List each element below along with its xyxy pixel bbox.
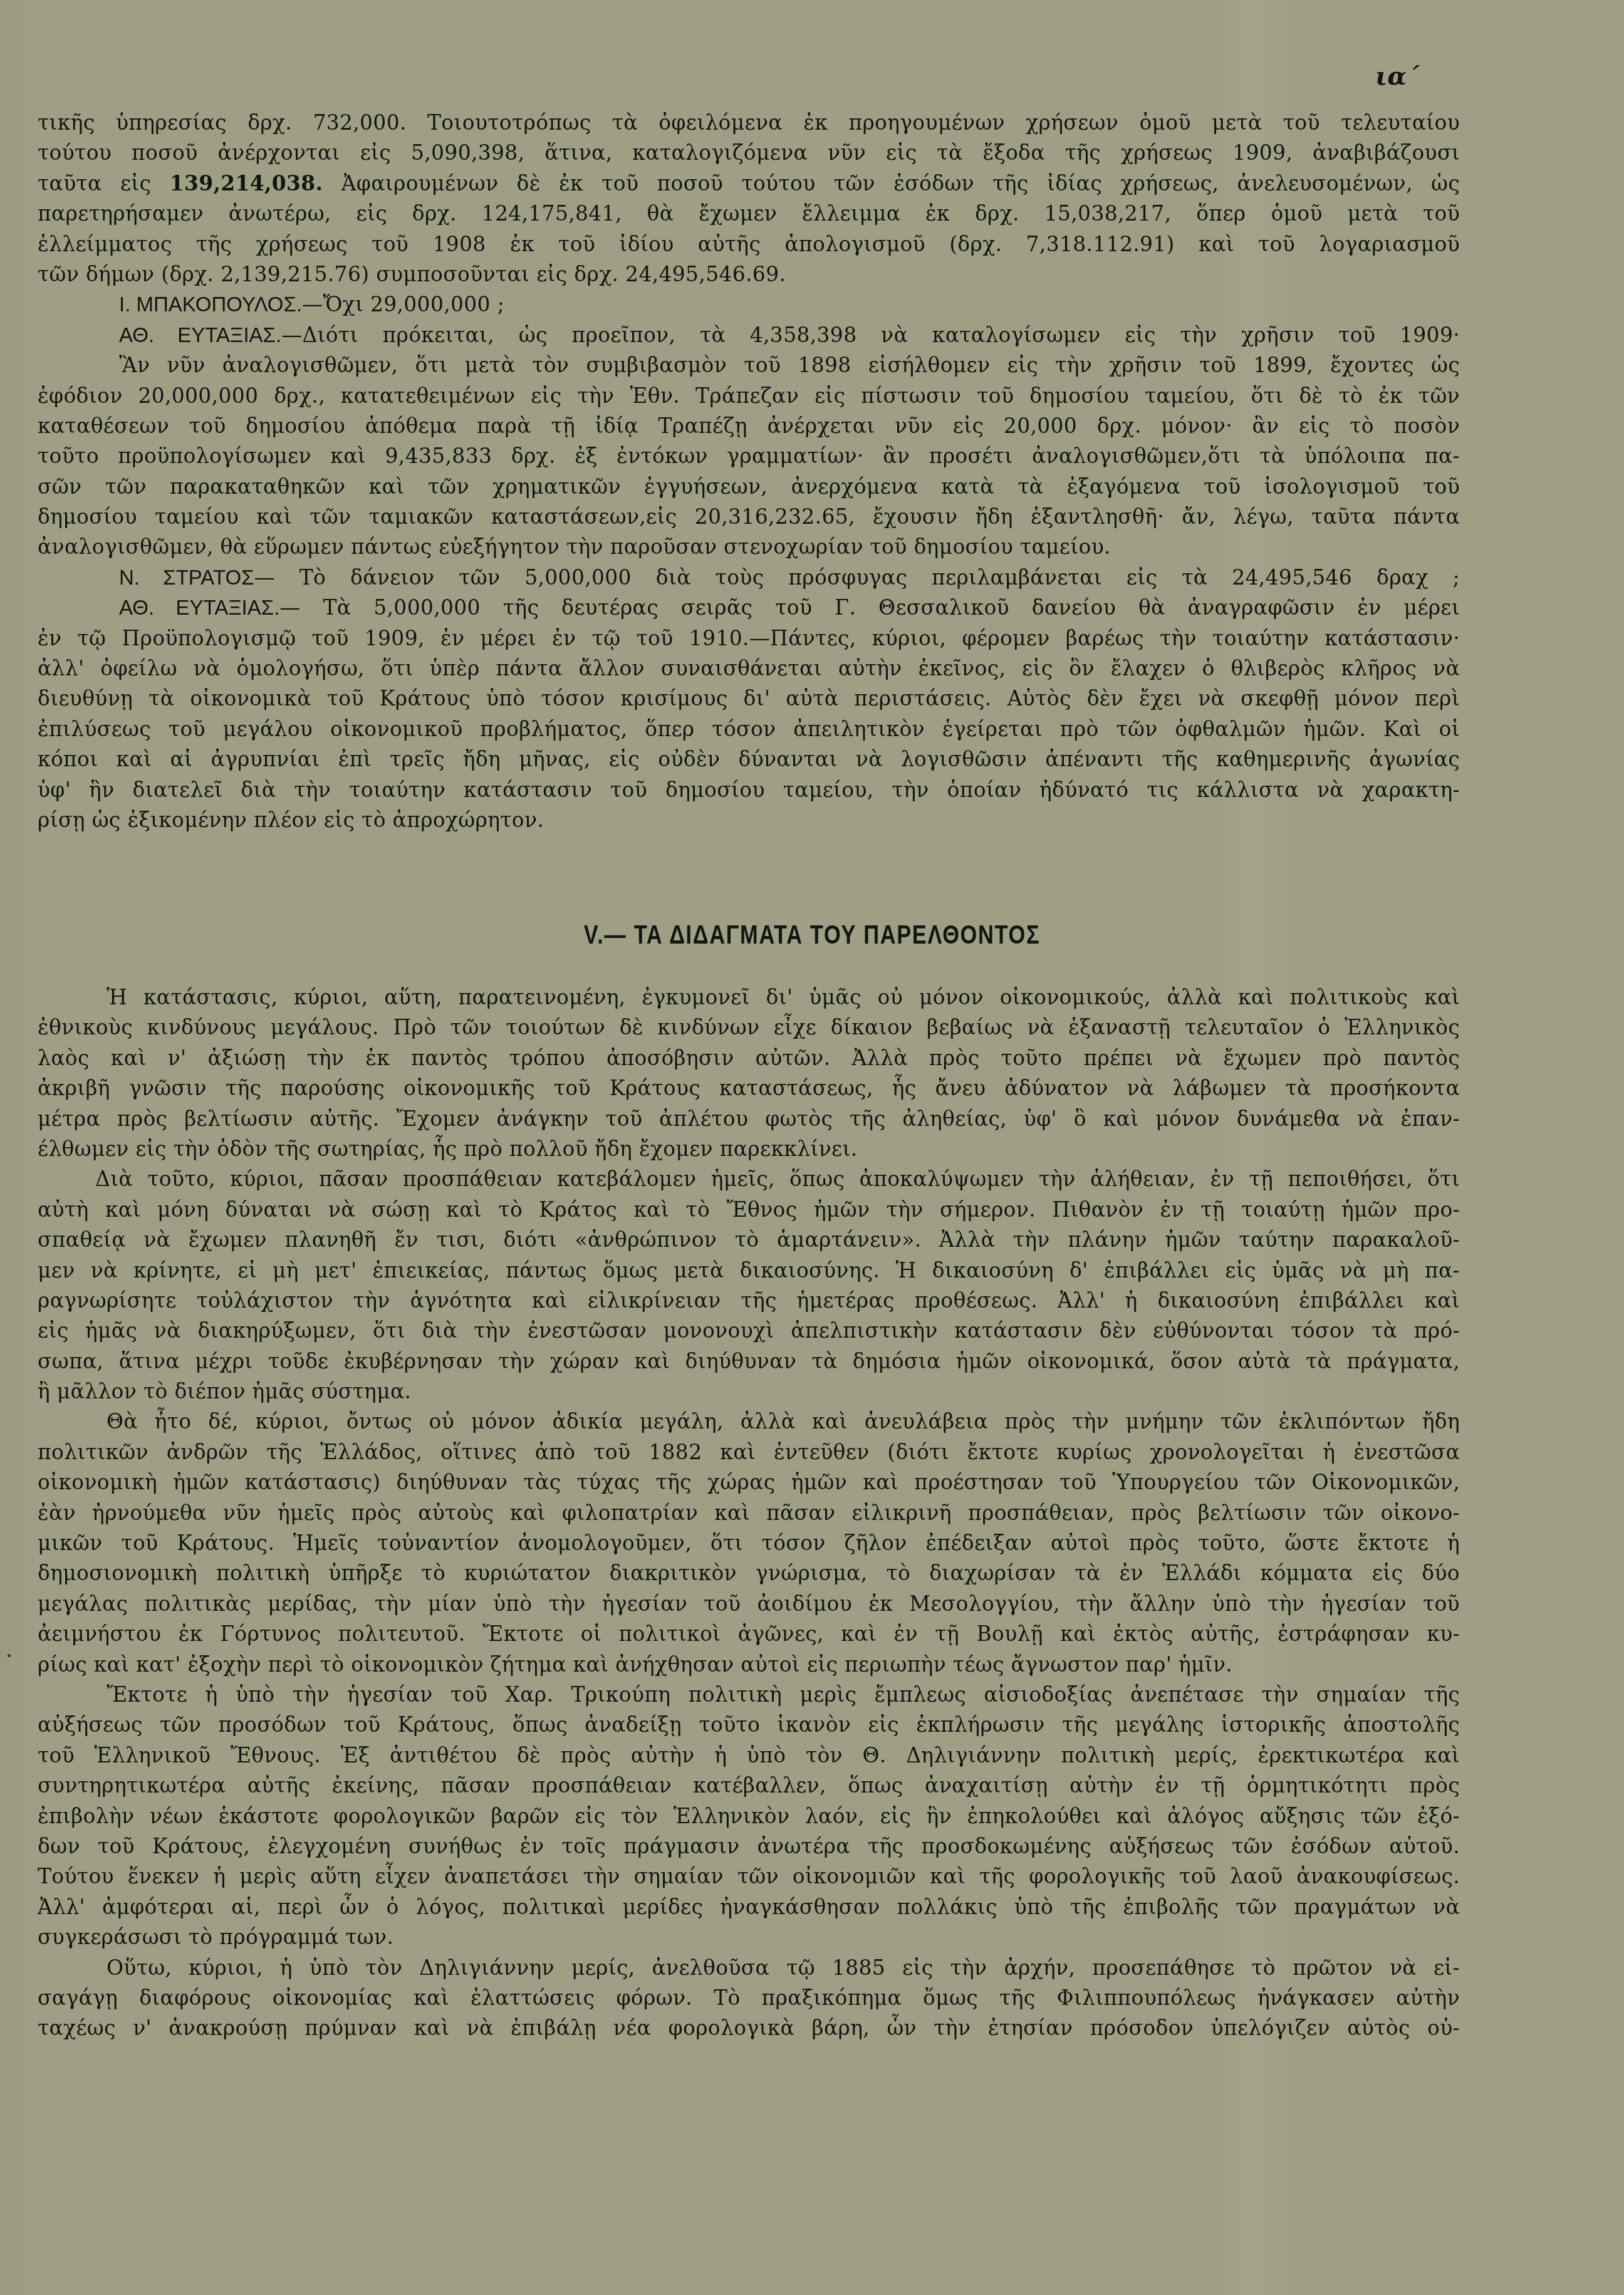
text-fragment: Ἀφαιρουμένων δὲ ἐκ τοῦ ποσοῦ τούτου τῶν …: [341, 171, 1460, 195]
text-line: παρετηρήσαμεν ἀνωτέρω, εἰς δρχ. 124,175,…: [38, 199, 1460, 229]
speaker-name: Ι. ΜΠΑΚΟΠΟΥΛΟΣ.: [119, 293, 302, 316]
paragraph: Ἡ κατάστασις, κύριοι, αὕτη, παρατεινομέν…: [38, 982, 1460, 1164]
text-line: ρίσῃ ὡς ἐξικομένην πλέον εἰς τὸ ἀπροχώρη…: [38, 805, 1460, 835]
text-line: Ἡ κατάστασις, κύριοι, αὕτη, παρατεινομέν…: [38, 982, 1460, 1012]
text-line: ρίως καὶ κατ' ἐξοχὴν περὶ τὸ οἰκονομικὸν…: [38, 1650, 1460, 1680]
text-line: οἰκονομικὴ ἡμῶν κατάστασις) διηύθυναν τὰ…: [38, 1467, 1460, 1497]
text-line: διευθύνῃ τὰ οἰκονομικὰ τοῦ Κράτους ὑπὸ τ…: [38, 684, 1460, 714]
text-line: καταθέσεων τοῦ δημοσίου ἀπόθεμα παρὰ τῇ …: [38, 411, 1460, 441]
text-line: ἐν τῷ Προϋπολογισμῷ τοῦ 1909, ἐν μέρει ἐ…: [38, 623, 1460, 653]
text-line: τικῆς ὑπηρεσίας δρχ. 732,000. Τοιουτοτρό…: [38, 108, 1460, 138]
text-line: σαγάγῃ διαφόρους οἰκονομίας καὶ ἐλαττώσε…: [38, 1983, 1460, 2013]
speaker-name: ΑΘ. ΕΥΤΑΞΙΑΣ.: [119, 323, 281, 346]
paragraph: Οὕτω, κύριοι, ἡ ὑπὸ τὸν Δηλιγιάννην μερί…: [38, 1953, 1460, 2044]
text-line: αὐτὴ καὶ μόνη δύναται νὰ σώσῃ καὶ τὸ Κρά…: [38, 1195, 1460, 1225]
text-line: ἐφόδιον 20,000,000 δρχ., κατατεθειμένων …: [38, 381, 1460, 411]
dialogue-line: ΑΘ. ΕΥΤΑΞΙΑΣ.—Διότι πρόκειται, ὡς προεῖπ…: [38, 320, 1460, 350]
text-line: αὐξήσεως τῶν προσόδων τοῦ Κράτους, ὅπως …: [38, 1710, 1460, 1740]
text-line: δημοσίου ταμείου καὶ τῶν ταμιακῶν καταστ…: [38, 502, 1460, 532]
text-line: ἀλλ' ὀφείλω νὰ ὁμολογήσω, ὅτι ὑπὲρ πάντα…: [38, 653, 1460, 684]
text-line: μεγάλας πολιτικὰς μερίδας, τὴν μίαν ὑπὸ …: [38, 1589, 1460, 1619]
text-line: ταχέως ν' ἀνακρούσῃ πρύμναν καὶ νὰ ἐπιβά…: [38, 2013, 1460, 2043]
text-line: μεν νὰ κρίνητε, εἰ μὴ μετ' ἐπιεικείας, π…: [38, 1256, 1460, 1286]
speaker-name: ΑΘ. ΕΥΤΑΞΙΑΣ.: [119, 596, 279, 619]
margin-ink-spot: [8, 1654, 11, 1657]
text-line: έλθωμεν εἰς τὴν ὁδὸν τῆς σωτηρίας, ἧς πρ…: [38, 1134, 1460, 1164]
speech-text: — Τὰ 5,000,000 τῆς δευτέρας σειρᾶς τοῦ Γ…: [279, 595, 1460, 620]
text-line: τούτου ποσοῦ ἀνέρχονται εἰς 5,090,398, ἅ…: [38, 138, 1460, 168]
text-line: σπαθείᾳ νὰ ἔχωμεν πλανηθῆ ἔν τισι, διότι…: [38, 1225, 1460, 1255]
text-line: συγκεράσωσι τὸ πρόγραμμά των.: [38, 1922, 1460, 1952]
text-line: ἐὰν ἠρνούμεθα νῦν ἡμεῖς πρὸς αὐτοὺς καὶ …: [38, 1498, 1460, 1528]
highlighted-total: 139,214,038.: [170, 171, 323, 195]
text-line: τῶν δήμων (δρχ. 2,139,215.76) συμποσοῦντ…: [38, 259, 1460, 289]
text-line: ἐπιλύσεως τοῦ μεγάλου οἰκονομικοῦ προβλή…: [38, 714, 1460, 744]
document-page: ια΄ τικῆς ὑπηρεσίας δρχ. 732,000. Τοιουτ…: [0, 0, 1624, 2295]
text-line: Ἀλλ' ἀμφότεραι αἱ, περὶ ὧν ὁ λόγος, πολι…: [38, 1892, 1460, 1922]
speech-text: —Ὄχι 29,000,000 ;: [302, 292, 504, 316]
text-line: συντηρητικωτέρα αὐτῆς ἐκείνης, πᾶσαν προ…: [38, 1771, 1460, 1801]
text-line: Τούτου ἕνεκεν ἡ μερὶς αὕτη εἶχεν ἀναπετά…: [38, 1861, 1460, 1892]
text-line: τοῦ Ἑλληνικοῦ Ἔθνους. Ἐξ ἀντιθέτου δὲ πρ…: [38, 1741, 1460, 1771]
speech-text: — Τὸ δάνειον τῶν 5,000,000 διὰ τοὺς πρόσ…: [254, 565, 1460, 590]
text-line: τοῦτο προϋπολογίσωμεν καὶ 9,435,833 δρχ.…: [38, 441, 1460, 471]
dialogue-line: Ν. ΣΤΡΑΤΟΣ— Τὸ δάνειον τῶν 5,000,000 διὰ…: [38, 563, 1460, 593]
text-line: ὑφ' ἣν διατελεῖ διὰ τὴν τοιαύτην κατάστα…: [38, 775, 1460, 805]
text-line: Θὰ ἦτο δέ, κύριοι, ὄντως οὐ μόνον ἀδικία…: [38, 1407, 1460, 1437]
page-number: ια΄: [1375, 61, 1419, 91]
text-line: μικῶν τοῦ Κράτους. Ἡμεῖς τοὐναντίον ἀνομ…: [38, 1528, 1460, 1558]
text-line: ἀκριβῆ γνῶσιν τῆς παρούσης οἰκονομικῆς τ…: [38, 1073, 1460, 1103]
section-heading: V.— ΤΑ ΔΙΔΑΓΜΑΤΑ ΤΟΥ ΠΑΡΕΛΘΟΝΤΟΣ: [146, 920, 1477, 950]
text-line: κόποι καὶ αἱ ἀγρυπνίαι ἐπὶ τρεῖς ἤδη μῆν…: [38, 744, 1460, 774]
text-line: Ἔκτοτε ἡ ὑπὸ τὴν ἡγεσίαν τοῦ Χαρ. Τρικού…: [38, 1680, 1460, 1710]
text-line: εἰς ἡμᾶς νὰ διακηρύξωμεν, ὅτι διὰ τὴν ἐν…: [38, 1316, 1460, 1346]
section-body: Ἡ κατάστασις, κύριοι, αὕτη, παρατεινομέν…: [38, 982, 1460, 2044]
text-line: πολιτικῶν ἀνδρῶν τῆς Ἑλλάδος, οἵτινες ἀπ…: [38, 1437, 1460, 1467]
text-line: Ἂν νῦν ἀναλογισθῶμεν, ὅτι μετὰ τὸν συμβι…: [38, 350, 1460, 380]
paragraph: Ἔκτοτε ἡ ὑπὸ τὴν ἡγεσίαν τοῦ Χαρ. Τρικού…: [38, 1680, 1460, 1953]
text-line: ἢ μᾶλλον τὸ διέπον ἡμᾶς σύστημα.: [38, 1376, 1460, 1407]
text-fragment: ταῦτα εἰς: [38, 171, 151, 195]
dialogue-line: ΑΘ. ΕΥΤΑΞΙΑΣ.— Τὰ 5,000,000 τῆς δευτέρας…: [38, 593, 1460, 623]
text-line: ἀειμνήστου ἐκ Γόρτυνος πολιτευτοῦ. Ἔκτοτ…: [38, 1619, 1460, 1649]
text-line: σῶν τῶν παρακαταθηκῶν καὶ τῶν χρηματικῶν…: [38, 472, 1460, 502]
speech-text: —Διότι πρόκειται, ὡς προεῖπον, τὰ 4,358,…: [281, 323, 1460, 347]
paragraph: Διὰ τοῦτο, κύριοι, πᾶσαν προσπάθειαν κατ…: [38, 1164, 1460, 1407]
text-line: δημοσιονομικὴ πολιτικὴ ὑπῆρξε τὸ κυριώτα…: [38, 1558, 1460, 1588]
text-line: ἀναλογισθῶμεν, θὰ εὕρωμεν πάντως εὐεξήγη…: [38, 532, 1460, 562]
text-line: ἐπιβολὴν νέων ἑκάστοτε φορολογικῶν βαρῶν…: [38, 1801, 1460, 1831]
text-line: ραγνωρίσητε τοὐλάχιστον τὴν ἁγνότητα καὶ…: [38, 1286, 1460, 1316]
text-line: ἐλλείμματος τῆς χρήσεως τοῦ 1908 ἐκ τοῦ …: [38, 229, 1460, 259]
text-line: δων τοῦ Κράτους, ἐλεγχομένη συνήθως ἐν τ…: [38, 1831, 1460, 1861]
opening-paragraph: τικῆς ὑπηρεσίας δρχ. 732,000. Τοιουτοτρό…: [38, 108, 1460, 835]
text-line: Διὰ τοῦτο, κύριοι, πᾶσαν προσπάθειαν κατ…: [38, 1164, 1460, 1194]
text-line: σωπα, ἅτινα μέχρι τοῦδε ἐκυβέρνησαν τὴν …: [38, 1346, 1460, 1376]
text-line: Οὕτω, κύριοι, ἡ ὑπὸ τὸν Δηλιγιάννην μερί…: [38, 1953, 1460, 1983]
text-line: ταῦτα εἰς 139,214,038. Ἀφαιρουμένων δὲ ἐ…: [38, 169, 1460, 199]
dialogue-line: Ι. ΜΠΑΚΟΠΟΥΛΟΣ.—Ὄχι 29,000,000 ;: [38, 289, 1460, 320]
text-line: μέτρα πρὸς βελτίωσιν αὐτῆς. Ἔχομεν ἀνάγκ…: [38, 1104, 1460, 1134]
text-line: λαὸς καὶ ν' ἀξιώσῃ τὴν ἐκ παντὸς τρόπου …: [38, 1043, 1460, 1073]
paragraph: Θὰ ἦτο δέ, κύριοι, ὄντως οὐ μόνον ἀδικία…: [38, 1407, 1460, 1680]
speaker-name: Ν. ΣΤΡΑΤΟΣ: [119, 566, 254, 589]
text-line: ἐθνικοὺς κινδύνους μεγάλους. Πρὸ τῶν τοι…: [38, 1012, 1460, 1043]
